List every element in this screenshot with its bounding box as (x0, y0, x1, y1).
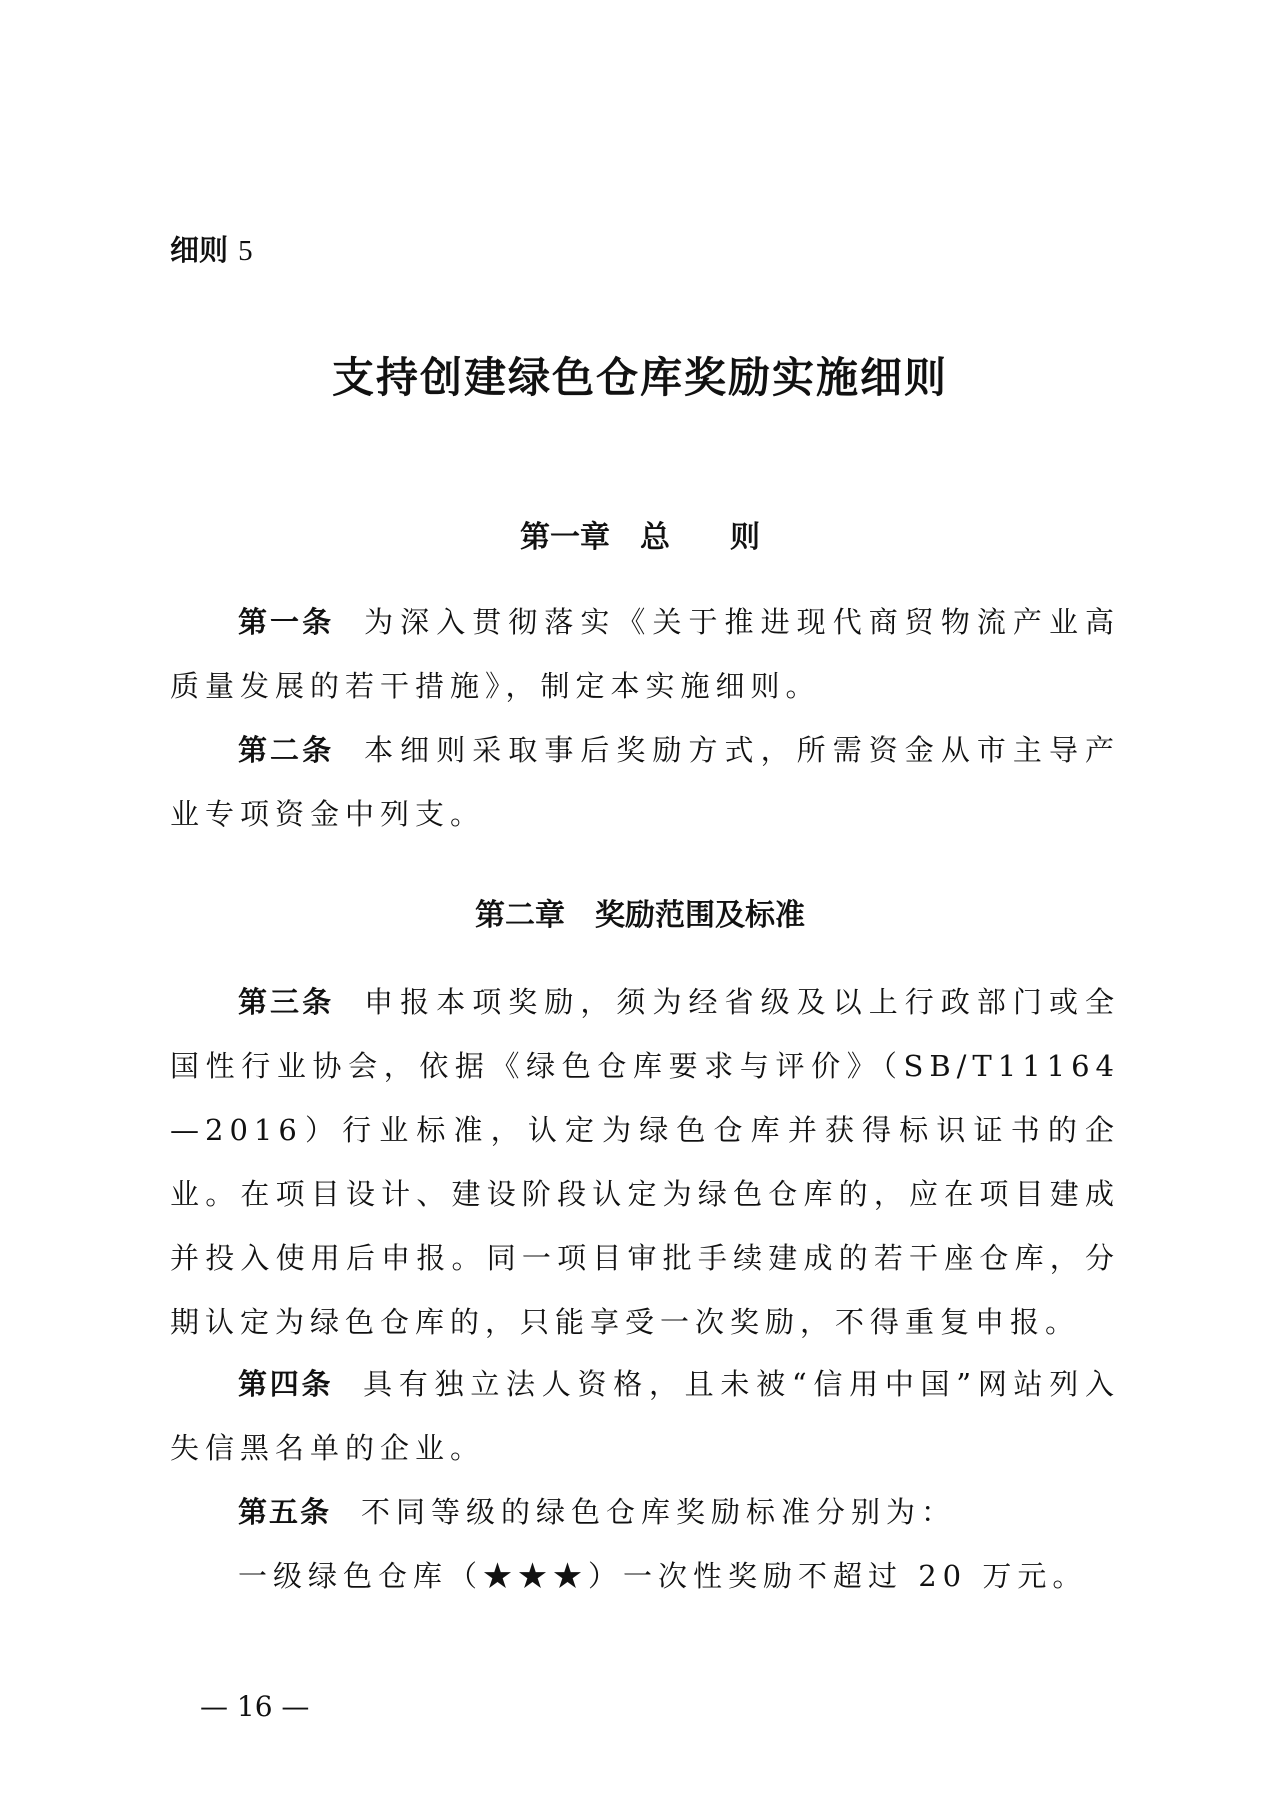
article-3: 第三条申报本项奖励，须为经省级及以上行政部门或全国性行业协会，依据《绿色仓库要求… (170, 970, 1120, 1354)
article-text: 申报本项奖励，须为经省级及以上行政部门或全国性行业协会，依据《绿色仓库要求与评价… (170, 985, 1120, 1339)
article-head: 第二条 (238, 733, 334, 767)
article-5: 第五条不同等级的绿色仓库奖励标准分别为： (170, 1480, 1120, 1544)
article-head: 第四条 (238, 1367, 333, 1401)
chapter-2-heading: 第二章 奖励范围及标准 (0, 890, 1280, 934)
page-title: 支持创建绿色仓库奖励实施细则 (0, 345, 1280, 405)
page-number: — 16 — (200, 1690, 309, 1723)
article-head: 第三条 (238, 985, 334, 1019)
article-2: 第二条本细则采取事后奖励方式，所需资金从市主导产业专项资金中列支。 (170, 718, 1120, 846)
doc-label: 细则 5 (170, 228, 253, 269)
doc-label-prefix: 细则 (170, 233, 228, 267)
article-head: 第一条 (238, 605, 334, 639)
article-text: 不同等级的绿色仓库奖励标准分别为： (361, 1495, 956, 1529)
article-head: 第五条 (238, 1495, 331, 1529)
standard-line: 一级绿色仓库（★★★）一次性奖励不超过 20 万元。 (170, 1544, 1120, 1608)
article-4: 第四条具有独立法人资格，且未被“信用中国”网站列入失信黑名单的企业。 (170, 1352, 1120, 1480)
doc-label-number: 5 (238, 235, 253, 267)
article-1: 第一条为深入贯彻落实《关于推进现代商贸物流产业高质量发展的若干措施》，制定本实施… (170, 590, 1120, 718)
chapter-1-heading: 第一章 总 则 (0, 512, 1280, 556)
